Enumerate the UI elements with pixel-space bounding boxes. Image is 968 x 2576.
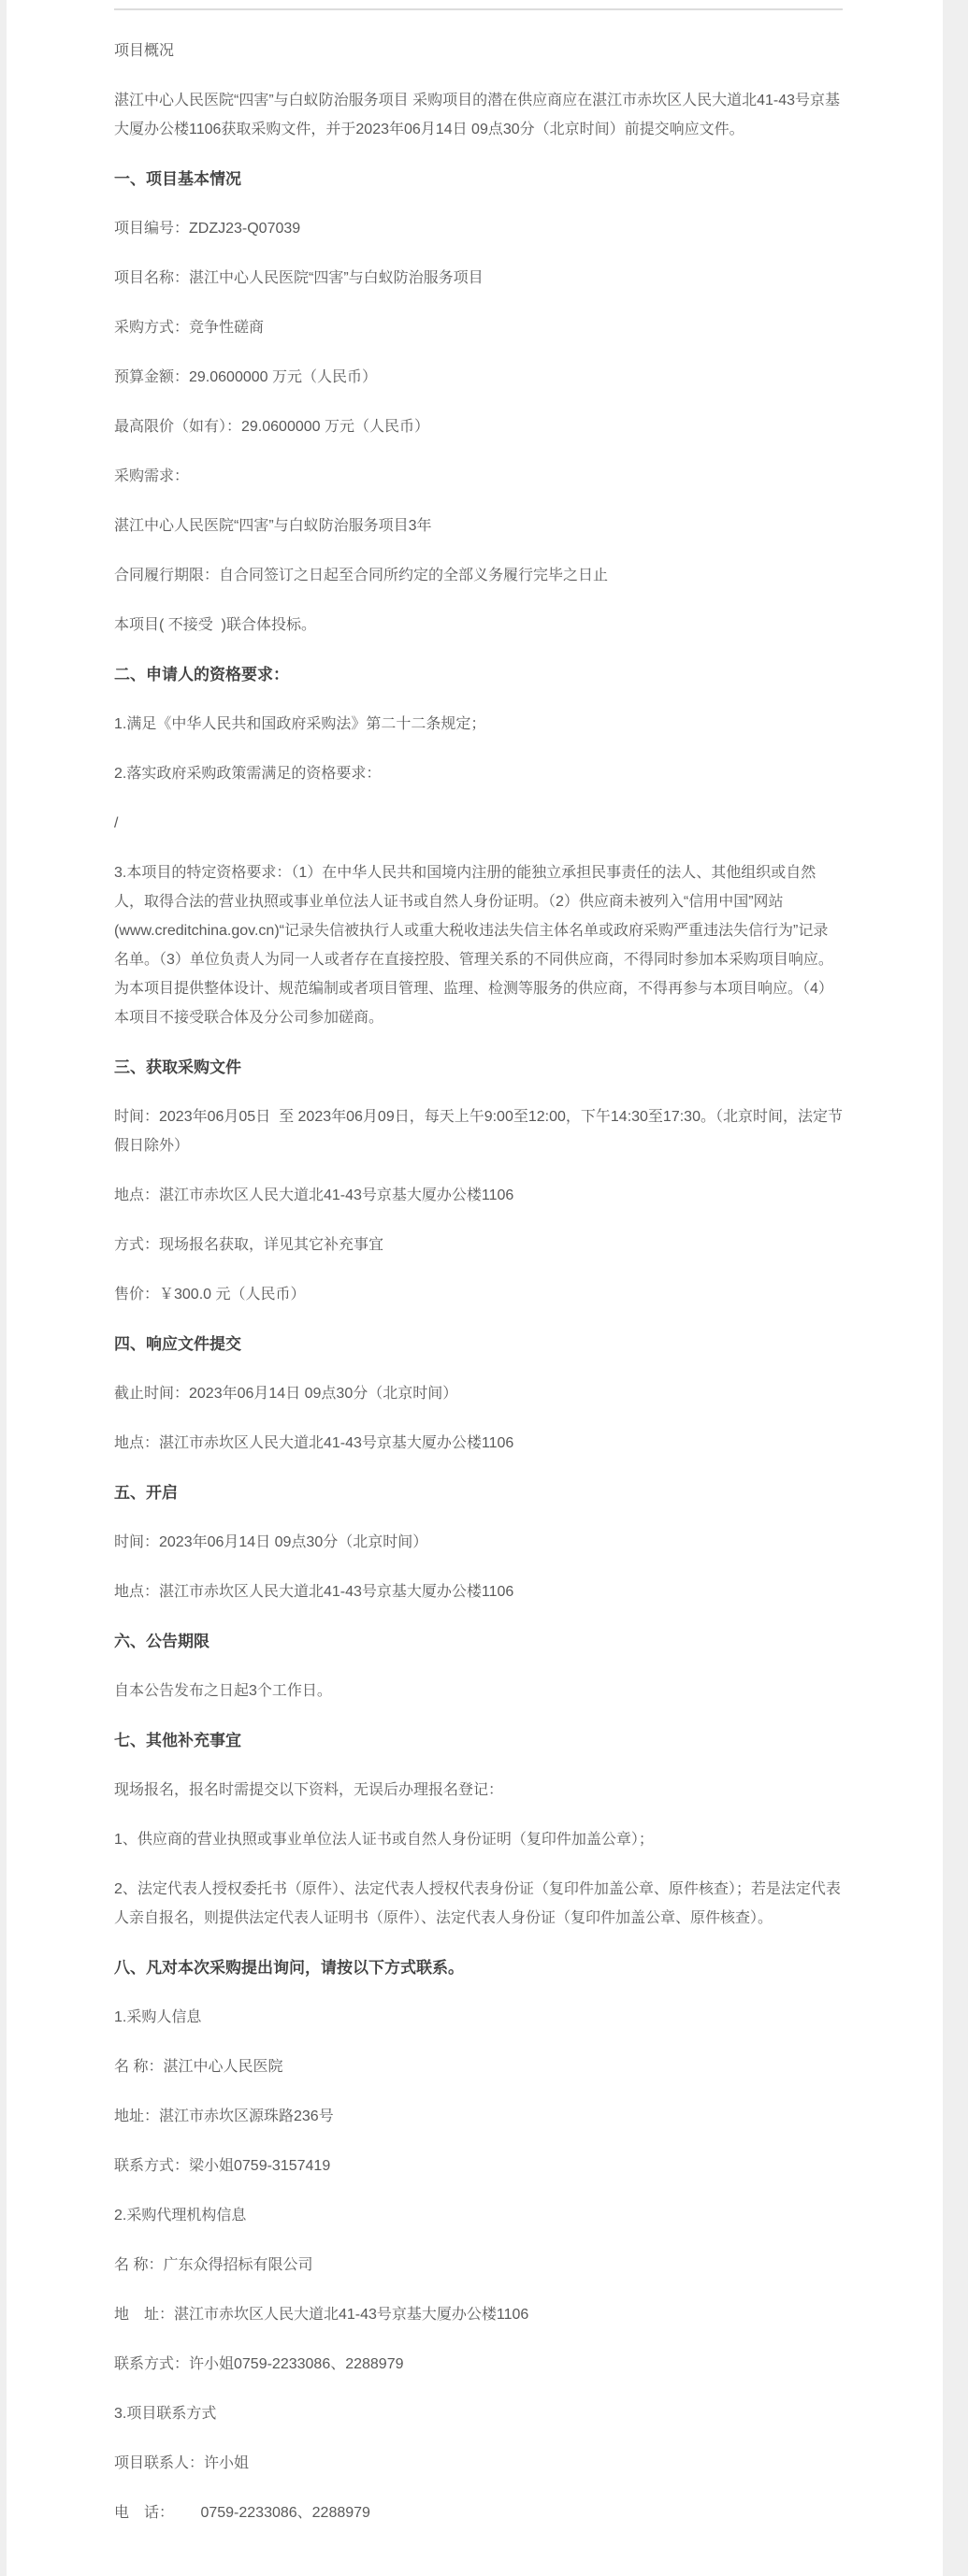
project-name: 项目名称：湛江中心人民医院“四害”与白蚁防治服务项目 [114,264,843,293]
section-3-heading: 三、获取采购文件 [114,1053,843,1082]
consortium-bidding-note: 本项目( 不接受 )联合体投标。 [114,611,843,640]
section-2-heading: 二、申请人的资格要求： [114,660,843,689]
purchaser-address: 地址：湛江市赤坎区源珠路236号 [114,2102,843,2131]
procurement-method: 采购方式：竞争性磋商 [114,313,843,342]
purchaser-contact: 联系方式：梁小姐0759-3157419 [114,2151,843,2180]
qualification-item-1: 1.满足《中华人民共和国政府采购法》第二十二条规定； [114,710,843,739]
budget-amount: 预算金额：29.0600000 万元（人民币） [114,363,843,392]
agency-name: 名 称：广东众得招标有限公司 [114,2251,843,2280]
procurement-demand-content: 湛江中心人民医院“四害”与白蚁防治服务项目3年 [114,511,843,540]
announcement-document: 项目概况 湛江中心人民医院“四害”与白蚁防治服务项目 采购项目的潜在供应商应在湛… [7,0,943,2576]
onsite-registration-note: 现场报名，报名时需提交以下资料，无误后办理报名登记： [114,1776,843,1805]
project-contact-label: 3.项目联系方式 [114,2399,843,2428]
qualification-item-3: 3.本项目的特定资格要求：（1）在中华人民共和国境内注册的能独立承担民事责任的法… [114,858,843,1032]
top-divider [114,8,843,10]
section-7-heading: 七、其他补充事宜 [114,1726,843,1755]
doc-obtain-time: 时间：2023年06月05日 至 2023年06月09日，每天上午9:00至12… [114,1102,843,1160]
doc-price: 售价：￥300.0 元（人民币） [114,1280,843,1309]
section-1-heading: 一、项目基本情况 [114,165,843,194]
section-6-heading: 六、公告期限 [114,1627,843,1656]
project-contact-phone: 电 话： 0759-2233086、2288979 [114,2498,843,2527]
qualification-item-2-value: / [114,809,843,838]
doc-obtain-method: 方式：现场报名获取，详见其它补充事宜 [114,1230,843,1259]
project-code: 项目编号：ZDZJ23-Q07039 [114,214,843,243]
purchaser-info-label: 1.采购人信息 [114,2003,843,2032]
doc-obtain-location: 地点：湛江市赤坎区人民大道北41-43号京基大厦办公楼1106 [114,1181,843,1210]
intro-paragraph: 湛江中心人民医院“四害”与白蚁防治服务项目 采购项目的潜在供应商应在湛江市赤坎区… [114,86,843,144]
project-overview-label: 项目概况 [114,36,843,65]
opening-location: 地点：湛江市赤坎区人民大道北41-43号京基大厦办公楼1106 [114,1577,843,1606]
section-8-heading: 八、凡对本次采购提出询问，请按以下方式联系。 [114,1953,843,1982]
qualification-item-2: 2.落实政府采购政策需满足的资格要求： [114,759,843,788]
registration-material-2: 2、法定代表人授权委托书（原件）、法定代表人授权代表身份证（复印件加盖公章、原件… [114,1875,843,1933]
purchaser-name: 名 称：湛江中心人民医院 [114,2052,843,2081]
announcement-period: 自本公告发布之日起3个工作日。 [114,1677,843,1705]
agency-contact: 联系方式：许小姐0759-2233086、2288979 [114,2350,843,2379]
submission-deadline: 截止时间：2023年06月14日 09点30分（北京时间） [114,1379,843,1408]
registration-material-1: 1、供应商的营业执照或事业单位法人证书或自然人身份证明（复印件加盖公章）； [114,1825,843,1854]
max-price: 最高限价（如有）：29.0600000 万元（人民币） [114,412,843,441]
agency-address: 地 址：湛江市赤坎区人民大道北41-43号京基大厦办公楼1106 [114,2300,843,2329]
procurement-demand-label: 采购需求： [114,462,843,491]
section-4-heading: 四、响应文件提交 [114,1330,843,1359]
section-5-heading: 五、开启 [114,1478,843,1507]
opening-time: 时间：2023年06月14日 09点30分（北京时间） [114,1528,843,1557]
submission-location: 地点：湛江市赤坎区人民大道北41-43号京基大厦办公楼1106 [114,1429,843,1458]
project-contact-person: 项目联系人：许小姐 [114,2449,843,2478]
agency-info-label: 2.采购代理机构信息 [114,2201,843,2230]
contract-period: 合同履行期限：自合同签订之日起至合同所约定的全部义务履行完毕之日止 [114,561,843,590]
